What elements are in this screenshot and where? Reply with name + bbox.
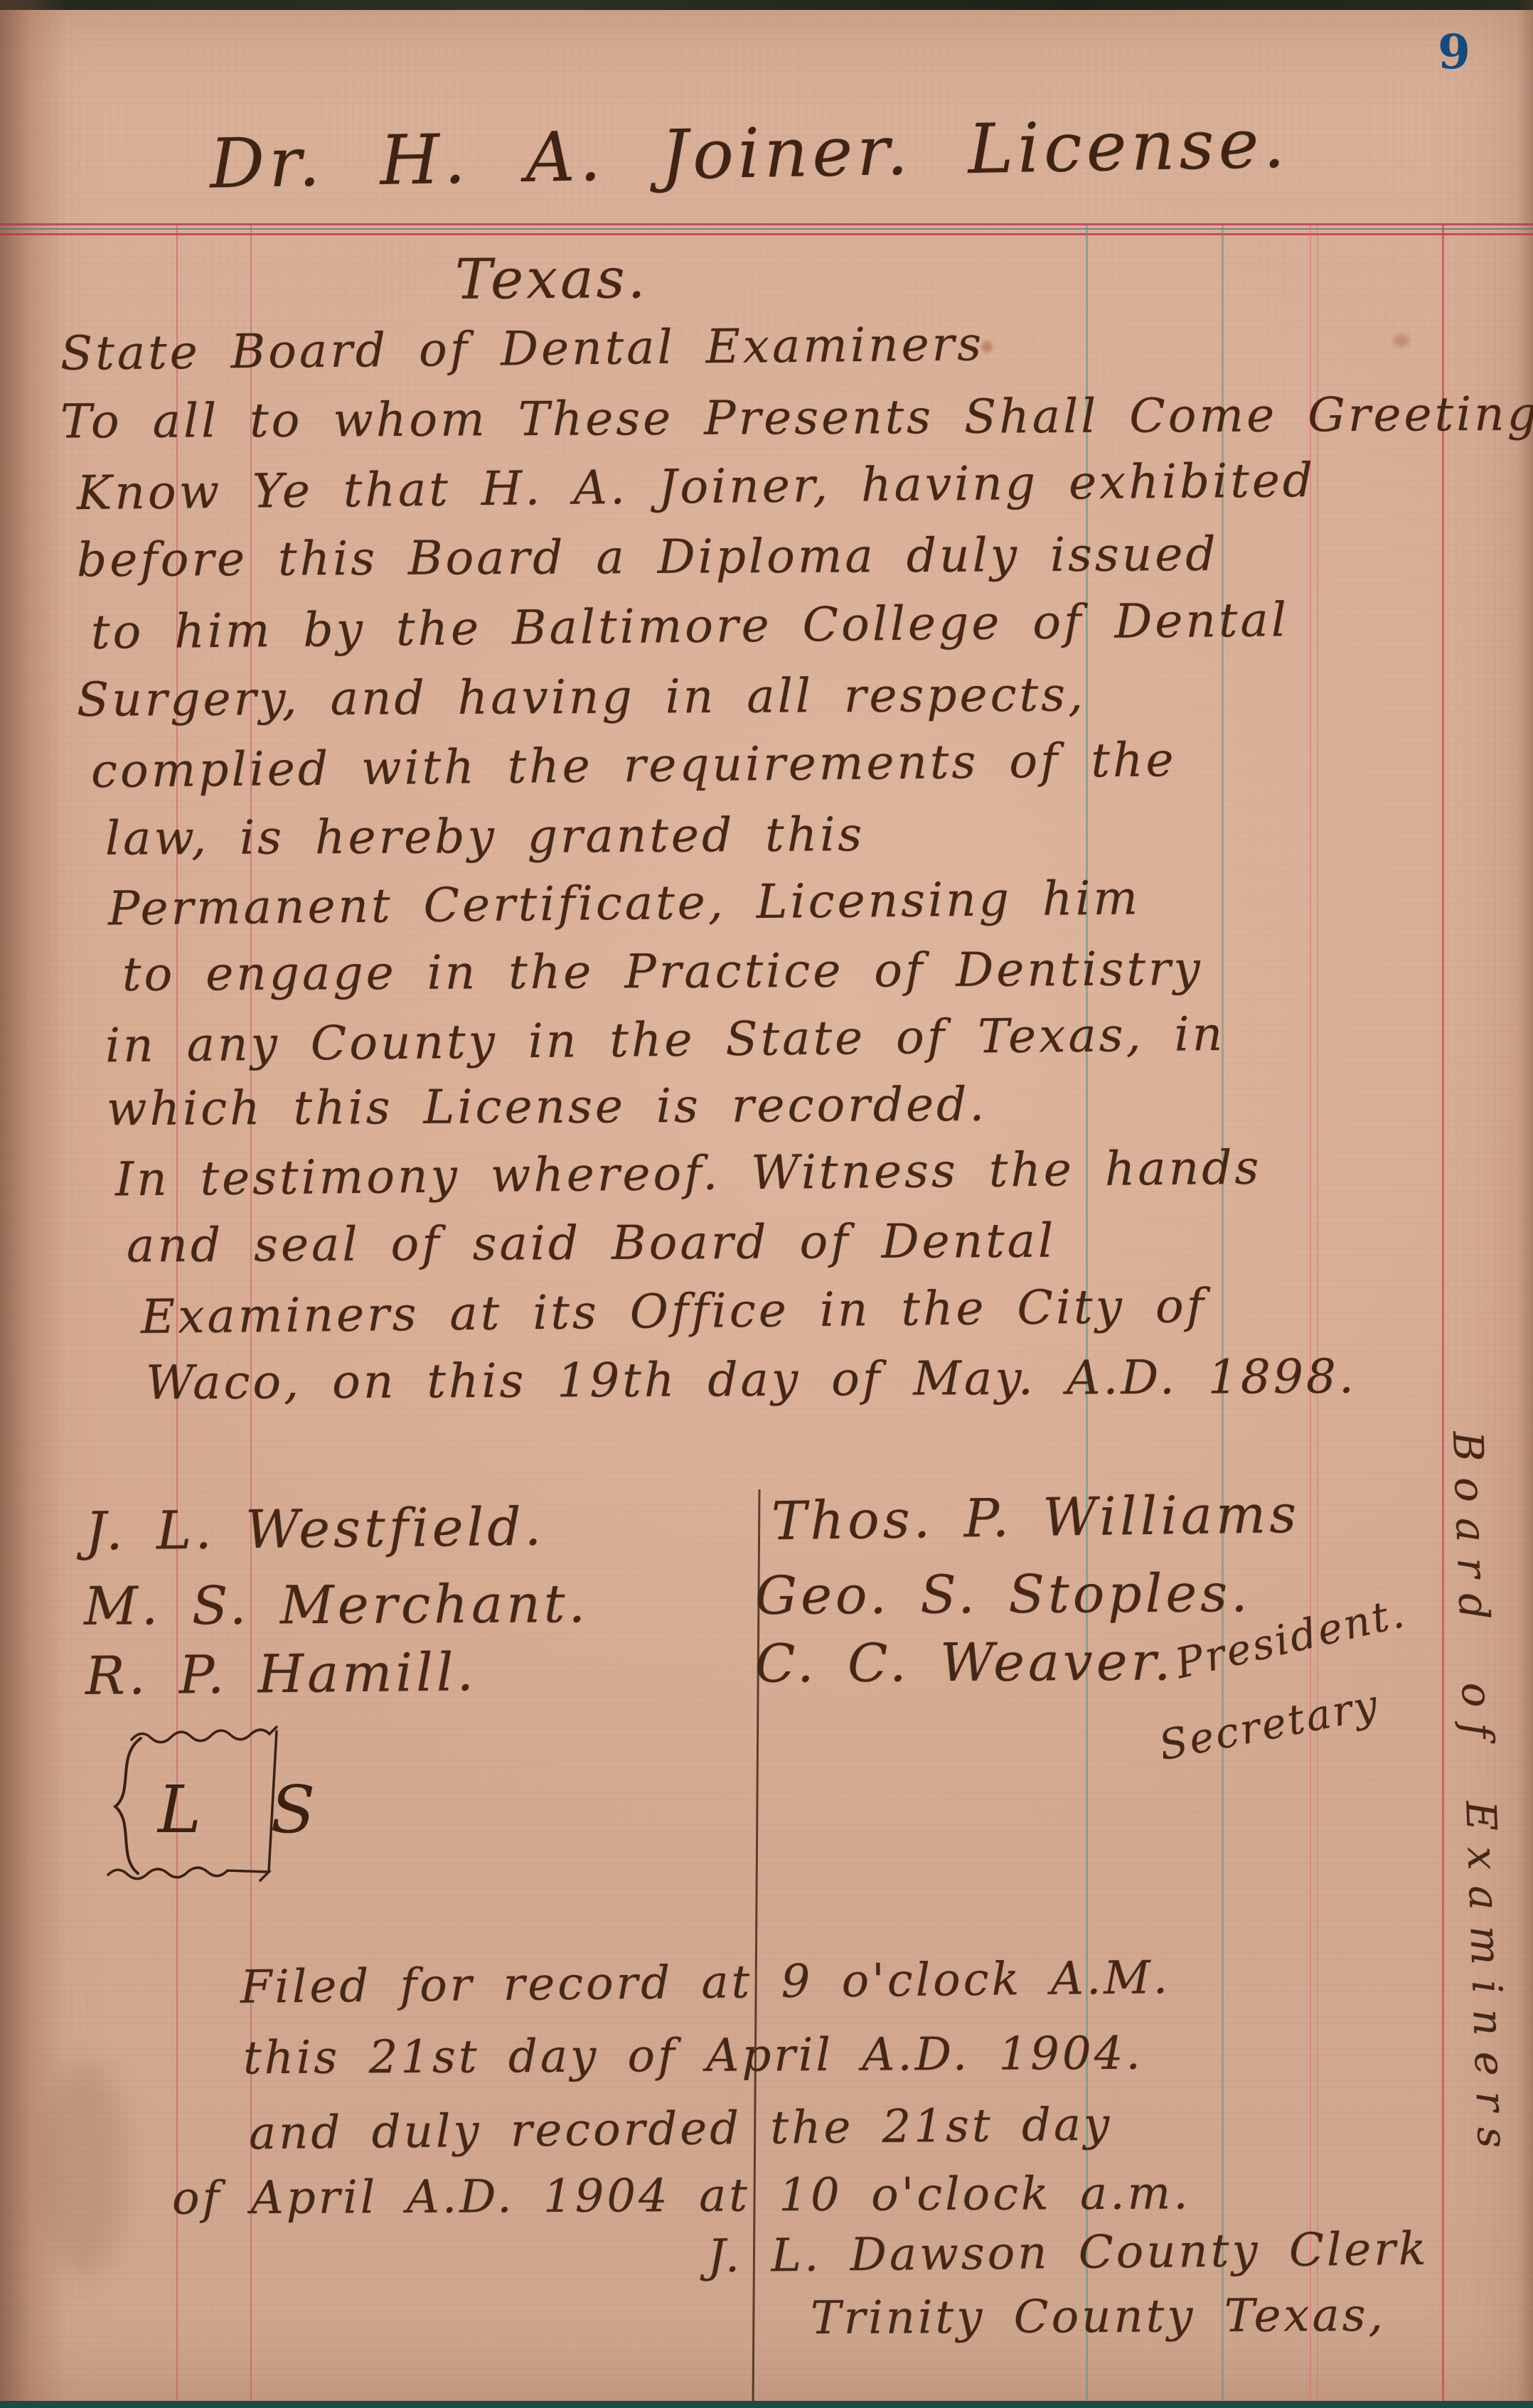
page-number: 9 — [1438, 24, 1470, 80]
filed-line: this 21st day of April A.D. 1904. — [243, 2028, 1143, 2085]
column-rule-teal-2 — [1222, 225, 1224, 2408]
handwritten-line: Permanent Certificate, Licensing him — [108, 870, 1141, 936]
signature-hamill: R. P. Hamill. — [85, 1642, 478, 1707]
signature-merchant: M. S. Merchant. — [84, 1573, 589, 1637]
handwritten-line: In testimony whereof. Witness the hands — [115, 1140, 1262, 1207]
county-line: Trinity County Texas, — [811, 2289, 1386, 2345]
page-edge-right — [1517, 0, 1533, 2408]
secretary-label: Secretary — [1155, 1680, 1383, 1770]
page-title: Dr. H. A. Joiner. License. — [209, 103, 1290, 203]
filed-line: of April A.D. 1904 at 10 o'clock a.m. — [172, 2167, 1191, 2225]
handwritten-line: Waco, on this 19th day of May. A.D. 1898… — [146, 1349, 1357, 1411]
signature-weaver: C. C. Weaver. — [755, 1631, 1175, 1694]
paper-stain — [1394, 334, 1409, 347]
page-gutter-shadow — [0, 0, 68, 2408]
handwritten-line: to engage in the Practice of Dentistry — [122, 941, 1203, 1002]
handwritten-line: Know Ye that H. A. Joiner, having exhibi… — [77, 453, 1316, 520]
handwritten-line: State Board of Dental Examiners — [60, 316, 985, 381]
handwritten-line: in any County in the State of Texas, in — [105, 1007, 1226, 1073]
column-rule-pink-2 — [1317, 225, 1318, 2408]
handwritten-line: to him by the Baltimore College of Denta… — [91, 592, 1290, 660]
signature-stoples: Geo. S. Stoples. — [755, 1563, 1251, 1627]
clerk-signature: J. L. Dawson County Clerk — [707, 2223, 1429, 2284]
handwritten-line: and seal of said Board of Dental — [127, 1214, 1057, 1273]
column-rule-pink-1 — [1310, 225, 1311, 2408]
header-rule-red-bottom — [0, 233, 1533, 235]
handwritten-line-texas: Texas. — [455, 247, 648, 311]
handwritten-line: Surgery, and having in all respects, — [77, 667, 1086, 727]
signature-williams: Thos. P. Williams — [771, 1484, 1300, 1552]
header-rule-blue — [0, 228, 1533, 230]
handwritten-line: before this Board a Diploma duly issued — [77, 527, 1219, 587]
ledger-page: 9 Dr. H. A. Joiner. License. Texas. Stat… — [0, 0, 1533, 2408]
book-edge-bottom — [0, 2401, 1533, 2408]
filed-line: Filed for record at 9 o'clock A.M. — [240, 1952, 1171, 2014]
handwritten-line: complied with the requirements of the — [91, 732, 1177, 798]
header-rule-red-top — [0, 223, 1533, 225]
signature-westfield: J. L. Westfield. — [85, 1497, 545, 1563]
seal-ls-text: L S — [156, 1772, 339, 1848]
handwritten-line: To all to whom These Presents Shall Come… — [60, 387, 1533, 449]
book-edge-top — [0, 0, 1533, 10]
board-of-examiners-side-note: Board of Examiners — [1443, 1430, 1517, 2164]
column-rule-red-right — [1442, 225, 1444, 2408]
handwritten-line: which this License is recorded. — [107, 1077, 988, 1136]
handwritten-line: law, is hereby granted this — [105, 807, 865, 866]
filed-line: and duly recorded the 21st day — [249, 2099, 1113, 2161]
handwritten-line: Examiners at its Office in the City of — [141, 1278, 1207, 1344]
seal-box: L S — [92, 1724, 363, 1895]
